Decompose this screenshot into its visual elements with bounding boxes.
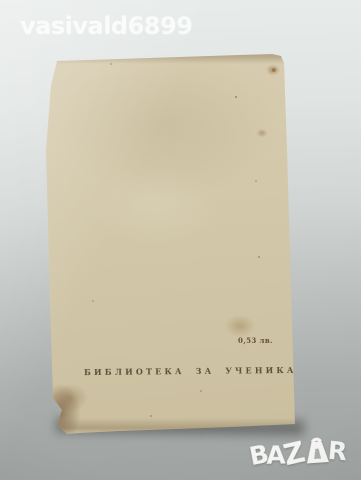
- listing-photo: 0,53 лв. БИБЛИОТЕКА ЗА УЧЕНИКА vasivald6…: [0, 0, 361, 480]
- seller-watermark-text: vasivald6899: [20, 12, 192, 40]
- printed-price-label: 0,53 лв.: [238, 336, 273, 345]
- shopping-bag-icon: [305, 439, 329, 464]
- book-back-cover: 0,53 лв. БИБЛИОТЕКА ЗА УЧЕНИКА: [0, 0, 361, 480]
- bazar-marketplace-logo: B A Z R: [248, 427, 351, 474]
- series-title-label: БИБЛИОТЕКА ЗА УЧЕНИКА: [84, 365, 297, 377]
- logo-letter-r: R: [327, 436, 349, 467]
- paper-stain-specks: [0, 0, 2, 2]
